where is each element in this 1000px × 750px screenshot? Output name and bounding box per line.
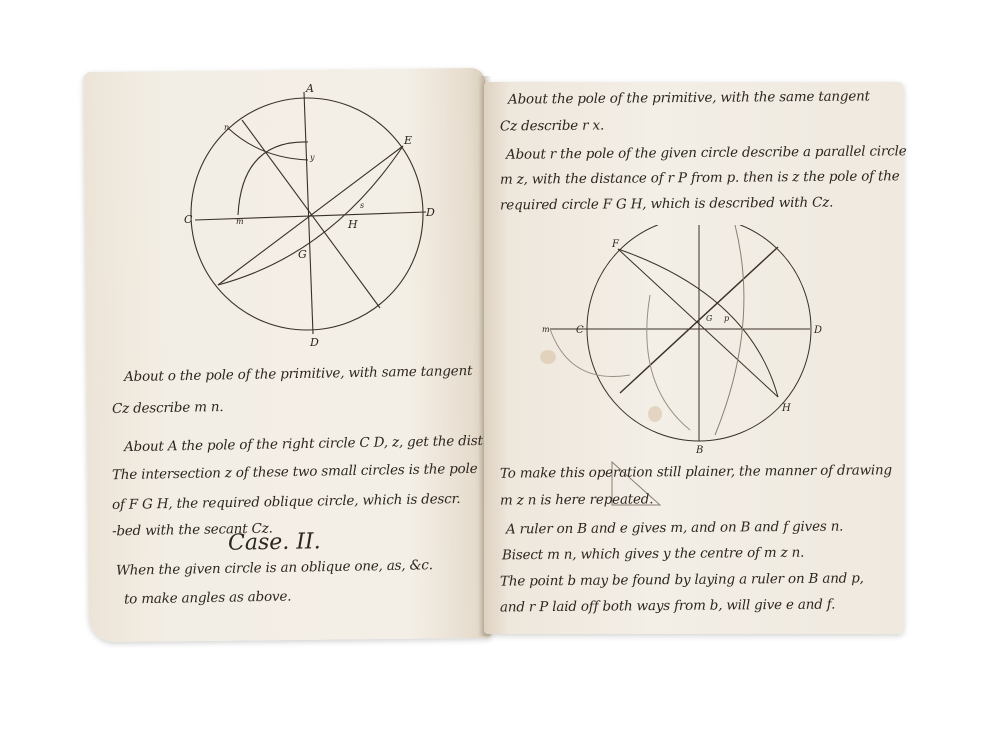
- right-line-2: Cz describe r x.: [500, 118, 604, 135]
- label-g: G: [706, 314, 713, 323]
- label-y: y: [309, 153, 315, 162]
- case-heading: Case. II.: [228, 529, 321, 556]
- right-circle-diagram: A B C D F H G p m: [510, 225, 840, 455]
- label-a: A: [305, 82, 314, 95]
- left-circle-diagram: A D C D E H G m n y s: [180, 80, 440, 350]
- label-f: F: [611, 239, 620, 250]
- right-line-9: Bisect m n, which gives y the centre of …: [502, 545, 804, 564]
- label-n: n: [224, 123, 229, 132]
- right-line-8: A ruler on B and e gives m, and on B and…: [506, 519, 843, 538]
- stain: [648, 406, 662, 422]
- open-notebook: A D C D E H G m n y s About o the pole o…: [0, 0, 1000, 750]
- label-c: C: [576, 325, 584, 336]
- right-line-11: and r P laid off both ways from b, will …: [500, 597, 835, 616]
- label-a: A: [694, 225, 702, 226]
- label-e: E: [403, 134, 412, 147]
- stain: [540, 350, 556, 364]
- right-line-6: To make this operation still plainer, th…: [500, 462, 892, 481]
- label-d: D: [425, 206, 435, 219]
- label-d-bottom: D: [309, 336, 319, 349]
- label-s: s: [360, 201, 364, 210]
- left-line-2: Cz describe m n.: [112, 399, 224, 417]
- label-h: H: [781, 403, 791, 414]
- right-line-5: required circle F G H, which is describe…: [500, 195, 833, 214]
- label-d: D: [813, 325, 822, 336]
- case-line-2: to make angles as above.: [124, 589, 292, 608]
- label-h: H: [347, 218, 358, 231]
- label-g: G: [298, 248, 307, 261]
- right-line-1: About the pole of the primitive, with th…: [508, 88, 870, 107]
- right-line-7: m z n is here repeated.: [500, 491, 653, 508]
- label-p: p: [724, 314, 729, 323]
- label-c: C: [184, 213, 193, 226]
- right-line-10: The point b may be found by laying a rul…: [500, 570, 864, 589]
- label-m: m: [236, 217, 244, 226]
- label-b: B: [695, 445, 703, 455]
- label-m: m: [542, 325, 550, 334]
